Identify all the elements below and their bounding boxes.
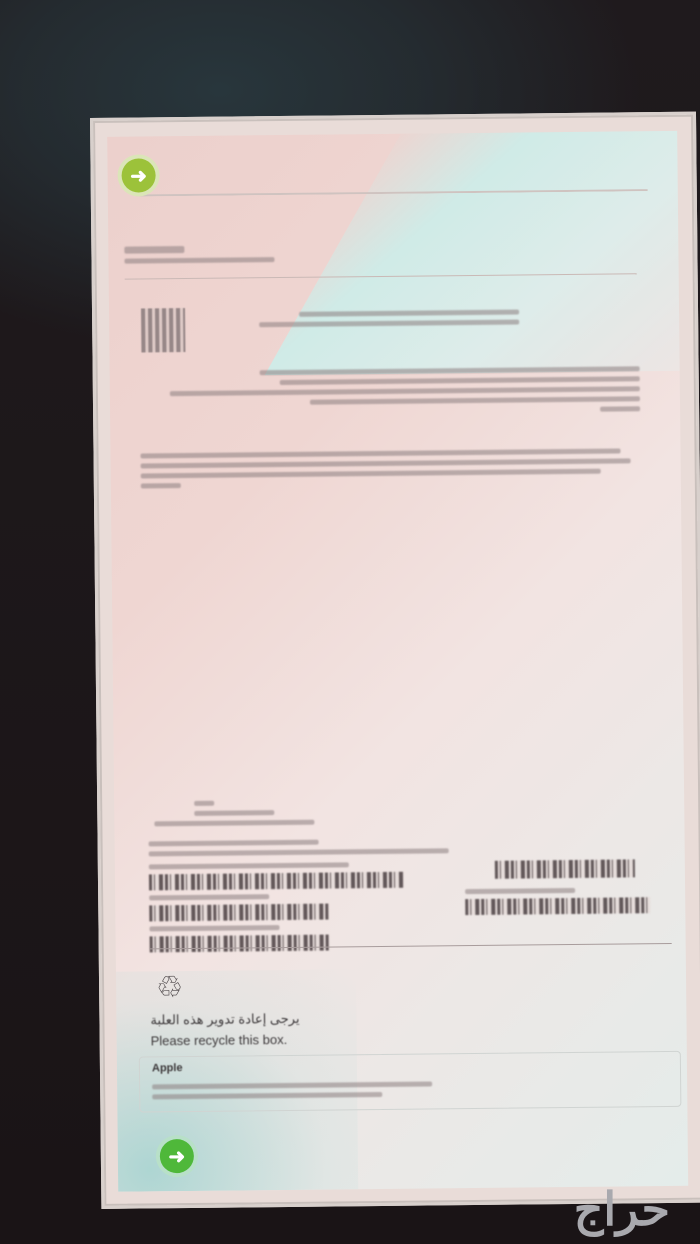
blurred-text	[299, 310, 519, 317]
arabic-origin-text	[154, 795, 324, 832]
blurred-text	[149, 925, 279, 931]
barcode	[495, 859, 635, 878]
blurred-text	[141, 448, 621, 458]
product-box: ➜	[90, 112, 700, 1209]
blurred-text	[280, 376, 640, 385]
blurred-text	[465, 888, 575, 894]
blurred-text	[152, 1092, 382, 1099]
blurred-text	[154, 820, 314, 827]
barcode	[149, 904, 329, 922]
blurred-text	[149, 894, 269, 900]
blurred-text	[141, 483, 181, 488]
barcode	[150, 935, 330, 953]
blurred-text	[124, 246, 184, 254]
right-barcodes	[465, 859, 646, 915]
blurred-text	[141, 458, 631, 468]
english-legal-text	[140, 443, 630, 493]
blurred-text	[124, 257, 274, 264]
model-title-area	[124, 233, 636, 279]
blurred-text	[194, 801, 214, 806]
arabic-legal-text	[140, 361, 641, 421]
blurred-text	[149, 862, 349, 869]
brand-label: Apple	[152, 1062, 183, 1074]
manufacturer-info: Apple	[139, 1051, 682, 1113]
blurred-text	[259, 320, 519, 328]
top-tab	[117, 145, 647, 197]
box-back-panel: ➜	[107, 131, 688, 1192]
qr-code	[141, 308, 185, 352]
barcode	[465, 897, 650, 915]
recycle-text-english: Please recycle this box.	[151, 1032, 288, 1048]
recycle-icon: ♲	[156, 970, 183, 1005]
arrow-right-icon: ➜	[121, 158, 155, 192]
arrow-right-icon: ➜	[160, 1139, 194, 1173]
blurred-text	[310, 396, 640, 404]
arabic-notice	[259, 305, 519, 333]
blurred-text	[600, 406, 640, 411]
blurred-text	[152, 1081, 432, 1089]
blurred-text	[194, 810, 274, 816]
blurred-text	[149, 848, 449, 856]
blurred-text	[170, 386, 640, 396]
barcode	[149, 872, 404, 891]
blurred-text	[141, 469, 601, 479]
blurred-text	[260, 366, 640, 375]
haraj-watermark: حراج	[574, 1182, 670, 1236]
recycle-text-arabic: يرجى إعادة تدوير هذه العلبة	[150, 1011, 299, 1029]
product-identifiers	[149, 833, 460, 952]
blurred-text	[149, 840, 319, 847]
